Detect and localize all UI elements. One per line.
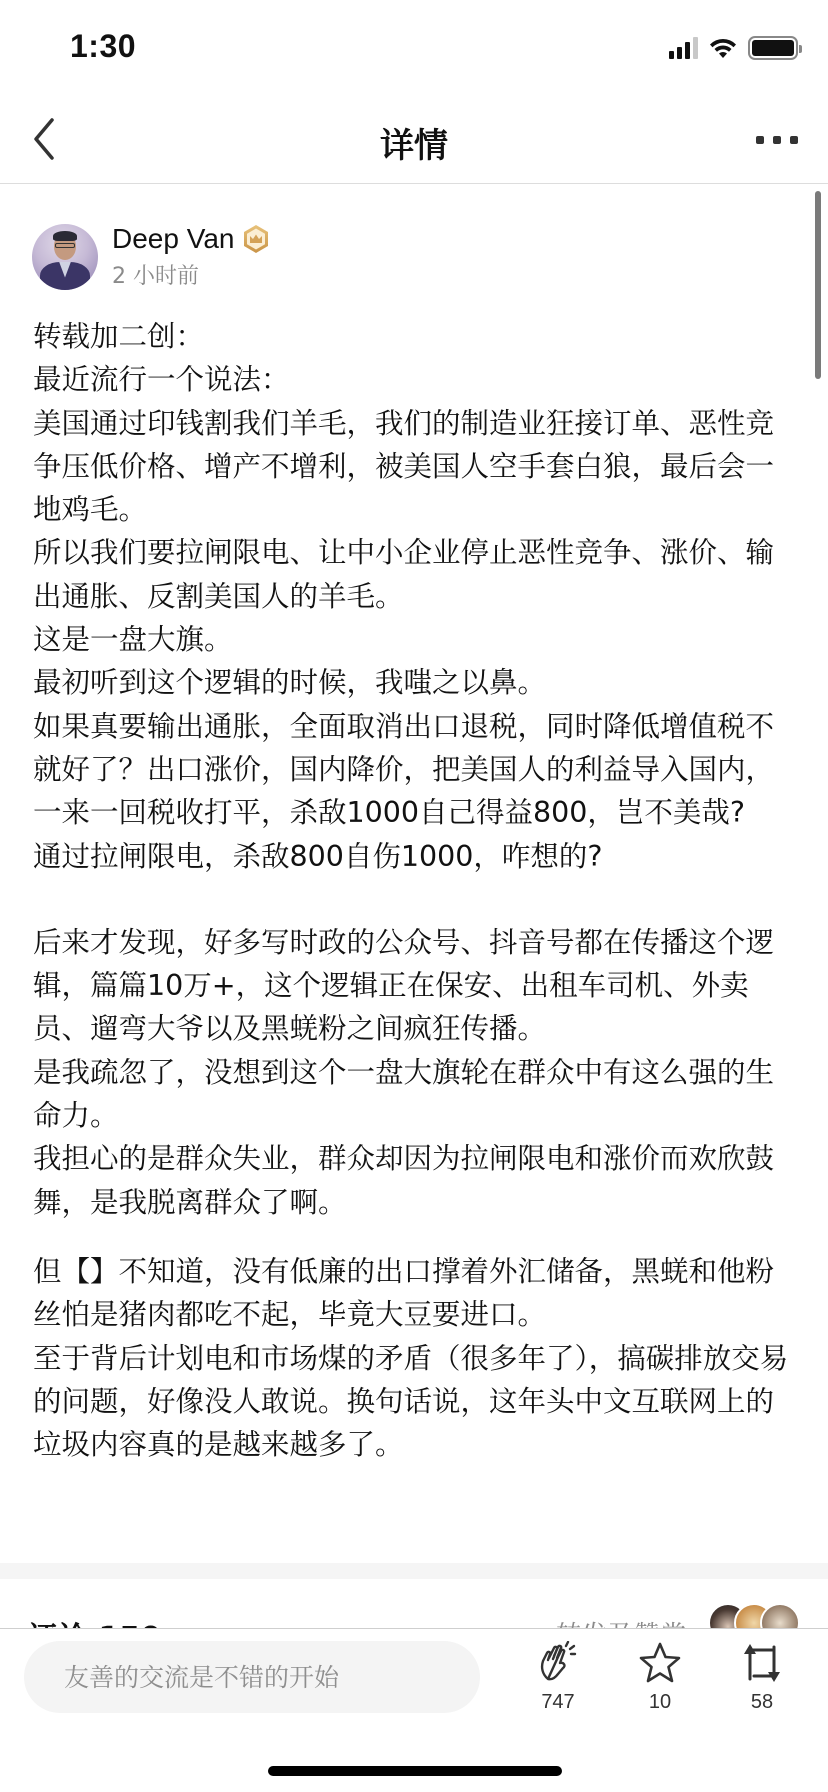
comment-input[interactable]: [24, 1641, 480, 1713]
more-dot: [790, 136, 798, 144]
reposts-link[interactable]: 转发及赞赏: [556, 1615, 686, 1629]
comments-header: 评论 150 转发及赞赏: [0, 1579, 828, 1629]
post-paragraph: 美国通过印钱割我们羊毛，我们的制造业狂接订单、恶性竞争压低价格、增产不增利，被美…: [33, 402, 793, 532]
post-paragraph: 后来才发现，好多写时政的公众号、抖音号都在传播这个逻辑，篇篇10万+，这个逻辑正…: [33, 921, 793, 1051]
nav-bar: 详情: [0, 96, 828, 184]
favorite-button[interactable]: 10: [620, 1641, 700, 1714]
author-meta: Deep Van 2 小时前: [112, 223, 270, 290]
post-paragraph: 通过拉闸限电，杀敌800自伤1000，咋想的?: [33, 835, 793, 878]
signal-icon: [669, 37, 698, 59]
section-divider: [0, 1563, 828, 1579]
scrollbar[interactable]: [815, 191, 821, 379]
post-paragraph: 这是一盘大旗。: [33, 618, 793, 661]
post-paragraph: 如果真要输出通胀，全面取消出口退税，同时降低增值税不就好了？出口涨价，国内降价，…: [33, 705, 793, 835]
more-dot: [773, 136, 781, 144]
clap-count: 747: [518, 1691, 598, 1714]
repost-count: 58: [722, 1691, 802, 1714]
comments-title[interactable]: 评论 150: [28, 1613, 161, 1629]
wifi-icon: [708, 36, 738, 60]
post-paragraph: 至于背后计划电和市场煤的矛盾（很多年了），搞碳排放交易的问题，好像没人敢说。换句…: [33, 1337, 793, 1467]
repost-button[interactable]: 58: [722, 1641, 802, 1714]
post-body: 转载加二创： 最近流行一个说法： 美国通过印钱割我们羊毛，我们的制造业狂接订单、…: [33, 315, 793, 1466]
author-name[interactable]: Deep Van: [112, 223, 234, 255]
more-button[interactable]: [756, 136, 798, 144]
author-header: Deep Van 2 小时前: [32, 223, 270, 290]
star-icon: [638, 1641, 682, 1685]
post-paragraph: 转载加二创：: [33, 315, 793, 358]
post-paragraph: 所以我们要拉闸限电、让中小企业停止恶性竞争、涨价、输出通胀、反割美国人的羊毛。: [33, 531, 793, 618]
post-paragraph: 是我疏忽了，没想到这个一盘大旗轮在群众中有这么强的生命力。: [33, 1051, 793, 1138]
reposter-avatars[interactable]: [708, 1603, 800, 1629]
crown-badge-icon: [242, 224, 270, 254]
status-bar: 1:30: [0, 0, 828, 96]
page-title: 详情: [0, 118, 828, 167]
post-paragraph: 但【】不知道，没有低廉的出口撑着外汇储备，黑蜣和他粉丝怕是猪肉都吃不起，毕竟大豆…: [33, 1250, 793, 1337]
home-indicator[interactable]: [268, 1766, 562, 1776]
battery-icon: [748, 36, 798, 60]
clap-button[interactable]: 747: [518, 1641, 598, 1714]
status-time: 1:30: [70, 28, 136, 65]
post-paragraph: 我担心的是群众失业，群众却因为拉闸限电和涨价而欢欣鼓舞，是我脱离群众了啊。: [33, 1137, 793, 1224]
post-paragraph: 最初听到这个逻辑的时候，我嗤之以鼻。: [33, 661, 793, 704]
post-time: 2 小时前: [112, 259, 270, 290]
post-paragraph: 最近流行一个说法：: [33, 358, 793, 401]
reposter-avatar: [760, 1603, 800, 1629]
avatar[interactable]: [32, 224, 98, 290]
repost-icon: [740, 1641, 784, 1685]
status-icons: [669, 36, 798, 60]
more-dot: [756, 136, 764, 144]
clap-icon: [536, 1641, 580, 1685]
favorite-count: 10: [620, 1691, 700, 1714]
